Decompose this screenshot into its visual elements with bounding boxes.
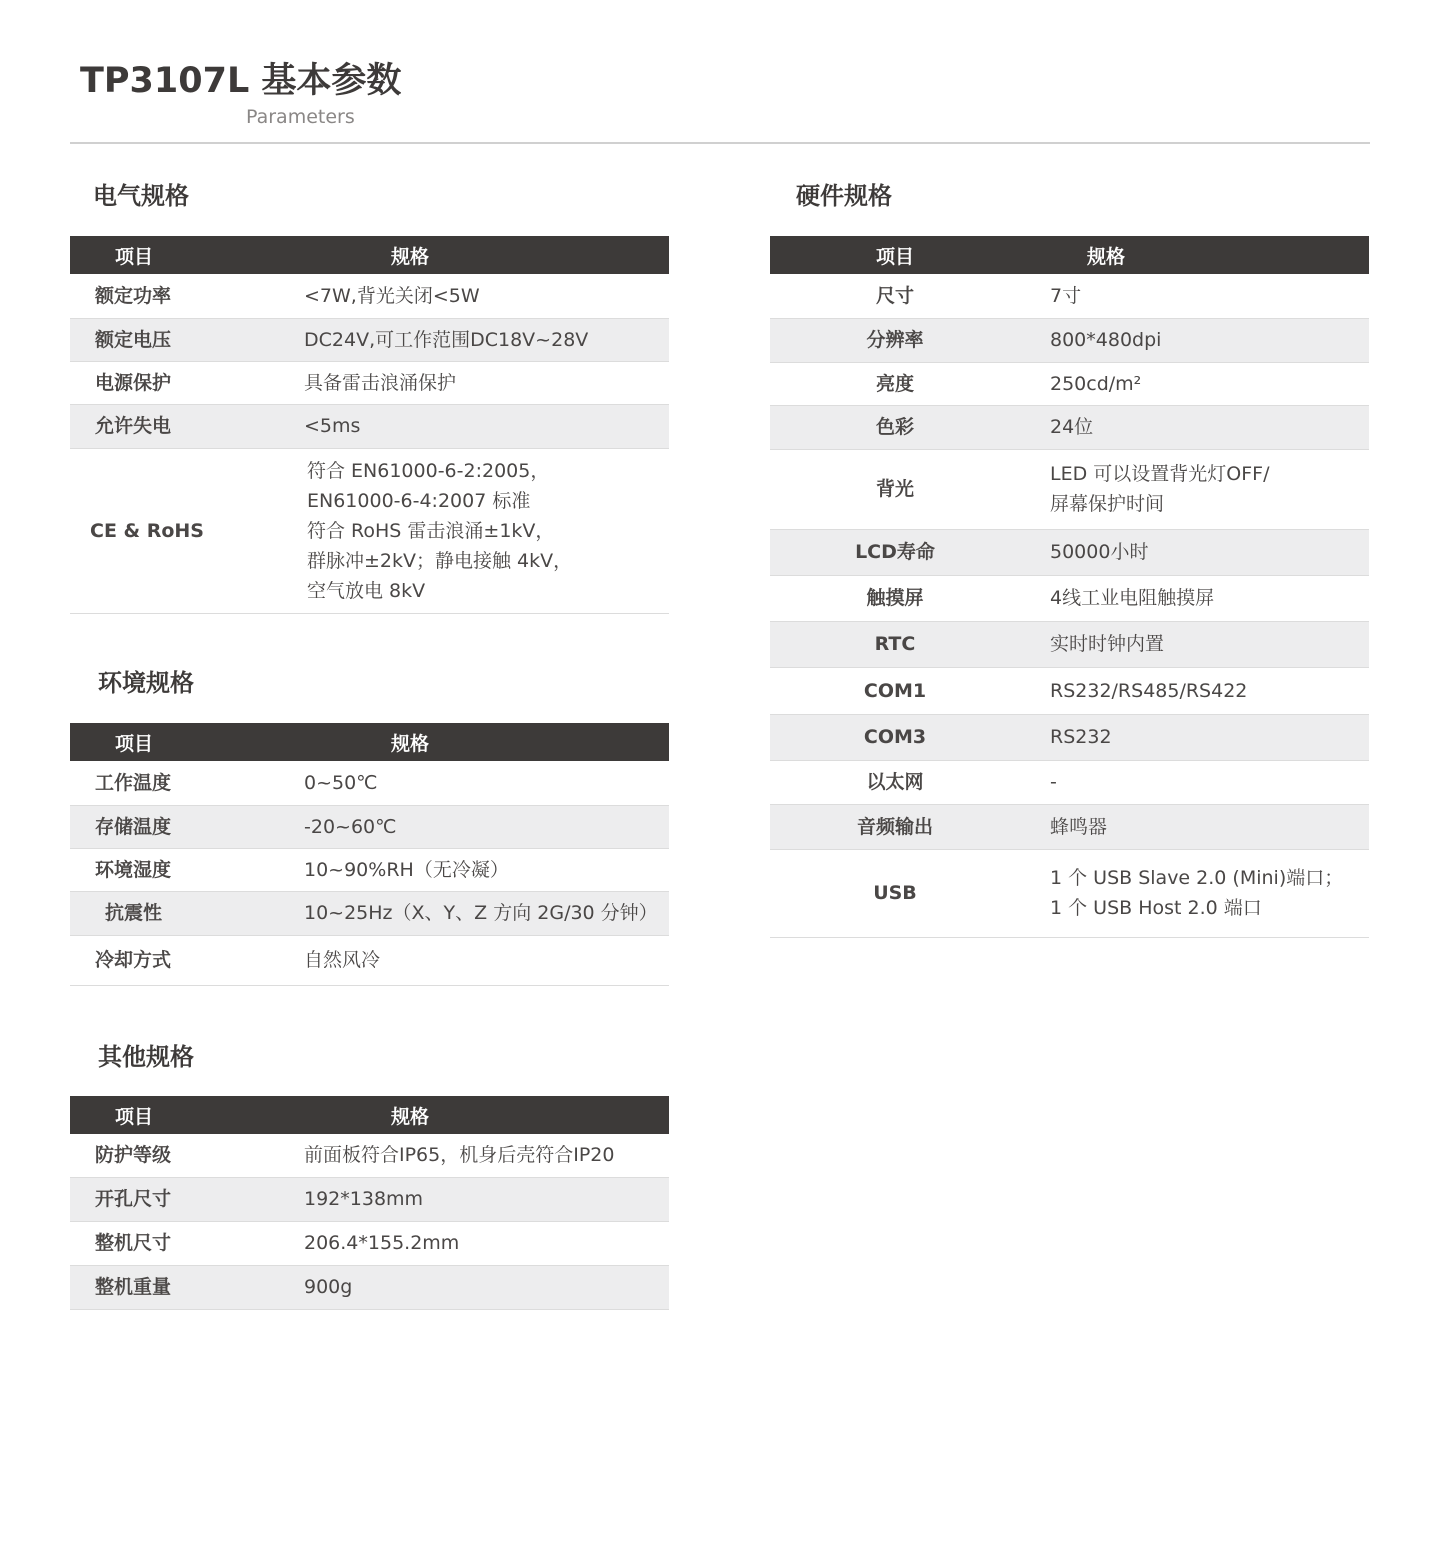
row-item: 工作温度: [70, 761, 299, 805]
row-item: 环境湿度: [70, 848, 299, 891]
column-header-item: 项目: [770, 236, 1040, 274]
row-item: 整机重量: [70, 1265, 299, 1309]
row-value: RS232/RS485/RS422: [1040, 667, 1369, 714]
row-value: 0~50℃: [299, 761, 669, 805]
column-header-item: 项目: [70, 723, 299, 761]
table-row: 音频输出 蜂鸣器: [770, 804, 1369, 849]
table-row: 冷却方式 自然风冷: [70, 935, 669, 985]
column-header-spec: 规格: [1040, 236, 1369, 274]
row-value: 符合 EN61000-6-2:2005， EN61000-6-4:2007 标准…: [299, 448, 669, 613]
title-divider: [70, 142, 1370, 144]
table-row: USB 1 个 USB Slave 2.0 (Mini)端口； 1 个 USB …: [770, 849, 1369, 937]
column-header-item: 项目: [70, 236, 299, 274]
table-row: 背光 LED 可以设置背光灯OFF/ 屏幕保护时间: [770, 449, 1369, 529]
table-row: 额定电压 DC24V,可工作范围DC18V~28V: [70, 318, 669, 361]
table-row: LCD寿命 50000小时: [770, 529, 1369, 575]
row-value: 前面板符合IP65，机身后壳符合IP20: [299, 1134, 669, 1177]
row-item: 整机尺寸: [70, 1221, 299, 1265]
row-value: 具备雷击浪涌保护: [299, 361, 669, 404]
row-value: 10~90%RH（无冷凝）: [299, 848, 669, 891]
row-value: -20~60℃: [299, 805, 669, 848]
section-title: 电气规格: [93, 180, 189, 212]
column-header-item: 项目: [70, 1096, 299, 1134]
table-row: 允许失电 <5ms: [70, 404, 669, 448]
row-item: 色彩: [770, 405, 1040, 449]
table-row: 以太网 -: [770, 760, 1369, 804]
page-title: TP3107L 基本参数: [80, 58, 401, 104]
table-header-row: 项目 规格: [70, 1096, 669, 1134]
row-item: COM3: [770, 714, 1040, 760]
row-item: 以太网: [770, 760, 1040, 804]
row-item: 触摸屏: [770, 575, 1040, 621]
row-value: <5ms: [299, 404, 669, 448]
row-value: 蜂鸣器: [1040, 804, 1369, 849]
row-value: 1 个 USB Slave 2.0 (Mini)端口； 1 个 USB Host…: [1040, 849, 1369, 937]
column-header-spec: 规格: [299, 1096, 669, 1134]
table-header-row: 项目 规格: [70, 236, 669, 274]
row-value: 192*138mm: [299, 1177, 669, 1221]
table-row: COM3 RS232: [770, 714, 1369, 760]
row-item: 尺寸: [770, 274, 1040, 318]
page-subtitle: Parameters: [246, 104, 355, 130]
row-value: 实时时钟内置: [1040, 621, 1369, 667]
row-item: 分辨率: [770, 318, 1040, 362]
row-item: 开孔尺寸: [70, 1177, 299, 1221]
row-item: 背光: [770, 449, 1040, 529]
row-value: RS232: [1040, 714, 1369, 760]
row-item: 抗震性: [70, 891, 299, 935]
hardware-table: 项目 规格 尺寸 7寸 分辨率 800*480dpi 亮度 250cd/m² 色…: [770, 236, 1369, 938]
table-row: 色彩 24位: [770, 405, 1369, 449]
row-value: LED 可以设置背光灯OFF/ 屏幕保护时间: [1040, 449, 1369, 529]
column-header-spec: 规格: [299, 723, 669, 761]
row-item: 电源保护: [70, 361, 299, 404]
table-row: 开孔尺寸 192*138mm: [70, 1177, 669, 1221]
table-row: CE & RoHS 符合 EN61000-6-2:2005， EN61000-6…: [70, 448, 669, 613]
row-value: 4线工业电阻触摸屏: [1040, 575, 1369, 621]
table-header-row: 项目 规格: [770, 236, 1369, 274]
section-title: 其他规格: [98, 1041, 194, 1073]
row-value: 800*480dpi: [1040, 318, 1369, 362]
table-row: 环境湿度 10~90%RH（无冷凝）: [70, 848, 669, 891]
row-item: 额定功率: [70, 274, 299, 318]
column-header-spec: 规格: [299, 236, 669, 274]
row-value: 250cd/m²: [1040, 362, 1369, 405]
table-row: 整机重量 900g: [70, 1265, 669, 1309]
table-row: RTC 实时时钟内置: [770, 621, 1369, 667]
row-item: 防护等级: [70, 1134, 299, 1177]
row-value: 206.4*155.2mm: [299, 1221, 669, 1265]
section-title: 硬件规格: [796, 180, 892, 212]
table-row: 抗震性 10~25Hz（X、Y、Z 方向 2G/30 分钟）: [70, 891, 669, 935]
row-item: 亮度: [770, 362, 1040, 405]
table-row: 触摸屏 4线工业电阻触摸屏: [770, 575, 1369, 621]
row-value: DC24V,可工作范围DC18V~28V: [299, 318, 669, 361]
row-value: 自然风冷: [299, 935, 669, 985]
table-row: 分辨率 800*480dpi: [770, 318, 1369, 362]
table-row: 防护等级 前面板符合IP65，机身后壳符合IP20: [70, 1134, 669, 1177]
row-item: USB: [770, 849, 1040, 937]
row-item: RTC: [770, 621, 1040, 667]
section-title: 环境规格: [98, 667, 194, 699]
row-item: COM1: [770, 667, 1040, 714]
table-row: 额定功率 <7W,背光关闭<5W: [70, 274, 669, 318]
row-value: 50000小时: [1040, 529, 1369, 575]
electrical-table: 项目 规格 额定功率 <7W,背光关闭<5W 额定电压 DC24V,可工作范围D…: [70, 236, 669, 614]
table-row: 尺寸 7寸: [770, 274, 1369, 318]
table-row: 电源保护 具备雷击浪涌保护: [70, 361, 669, 404]
row-value: 24位: [1040, 405, 1369, 449]
environment-table: 项目 规格 工作温度 0~50℃ 存储温度 -20~60℃ 环境湿度 10~90…: [70, 723, 669, 986]
row-item: 音频输出: [770, 804, 1040, 849]
table-header-row: 项目 规格: [70, 723, 669, 761]
table-row: 工作温度 0~50℃: [70, 761, 669, 805]
row-value: 900g: [299, 1265, 669, 1309]
row-item: 额定电压: [70, 318, 299, 361]
other-table: 项目 规格 防护等级 前面板符合IP65，机身后壳符合IP20 开孔尺寸 192…: [70, 1096, 669, 1310]
row-item: 允许失电: [70, 404, 299, 448]
table-row: 亮度 250cd/m²: [770, 362, 1369, 405]
row-item: LCD寿命: [770, 529, 1040, 575]
row-value: 7寸: [1040, 274, 1369, 318]
table-row: 整机尺寸 206.4*155.2mm: [70, 1221, 669, 1265]
table-row: COM1 RS232/RS485/RS422: [770, 667, 1369, 714]
row-item: 冷却方式: [70, 935, 299, 985]
table-row: 存储温度 -20~60℃: [70, 805, 669, 848]
row-value: <7W,背光关闭<5W: [299, 274, 669, 318]
row-item: CE & RoHS: [70, 448, 299, 613]
row-item: 存储温度: [70, 805, 299, 848]
row-value: -: [1040, 760, 1369, 804]
row-value: 10~25Hz（X、Y、Z 方向 2G/30 分钟）: [299, 891, 669, 935]
